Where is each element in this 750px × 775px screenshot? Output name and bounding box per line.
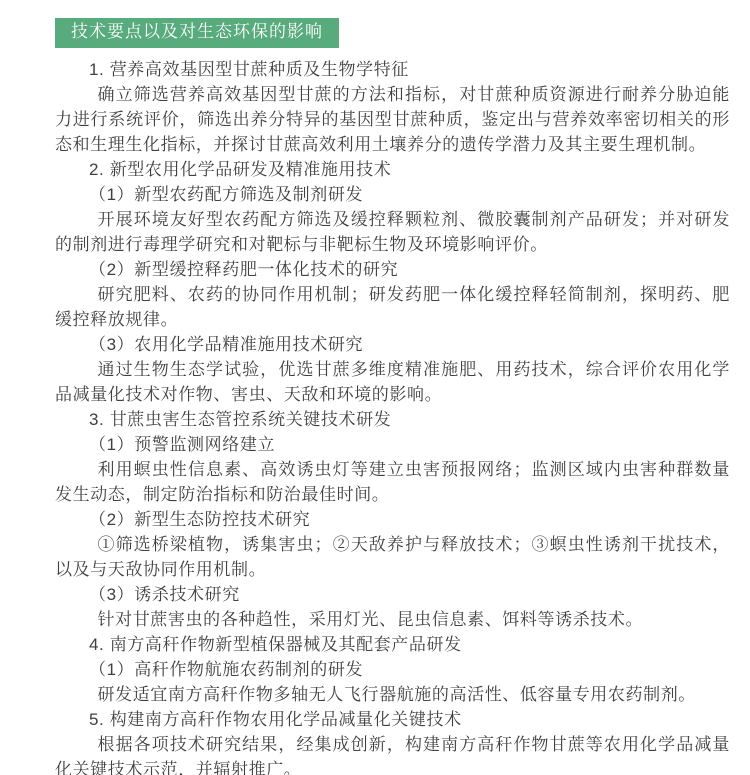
doc-paragraph: 确立筛选营养高效基因型甘蔗的方法和指标，对甘蔗种质资源进行耐养分胁迫能力进行系统… [55,82,730,157]
doc-heading: 1. 营养高效基因型甘蔗种质及生物学特征 [55,57,730,82]
doc-paragraph: 研发适宜南方高秆作物多轴无人飞行器航施的高活性、低容量专用农药制剂。 [55,682,730,707]
doc-paragraph: 研究肥料、农药的协同作用机制；研发药肥一体化缓控释轻简制剂，探明药、肥缓控释放规… [55,282,730,332]
doc-subheading: （2）新型生态防控技术研究 [55,507,730,532]
doc-subheading: （1）新型农药配方筛选及制剂研发 [55,182,730,207]
doc-subheading: （1）预警监测网络建立 [55,432,730,457]
doc-heading: 2. 新型农用化学品研发及精准施用技术 [55,157,730,182]
doc-subheading: （3）诱杀技术研究 [55,582,730,607]
doc-subheading: （3）农用化学品精准施用技术研究 [55,332,730,357]
doc-paragraph: 针对甘蔗害虫的各种趋性，采用灯光、昆虫信息素、饵料等诱杀技术。 [55,607,730,632]
doc-subheading: （1）高秆作物航施农药制剂的研发 [55,657,730,682]
doc-heading: 5. 构建南方高秆作物农用化学品减量化关键技术 [55,707,730,732]
doc-paragraph: 开展环境友好型农药配方筛选及缓控释颗粒剂、微胶囊制剂产品研发；并对研发的制剂进行… [55,207,730,257]
doc-paragraph: 通过生物生态学试验，优选甘蔗多维度精准施肥、用药技术，综合评价农用化学品减量化技… [55,357,730,407]
doc-subheading: （2）新型缓控释药肥一体化技术的研究 [55,257,730,282]
doc-paragraph: 利用螟虫性信息素、高效诱虫灯等建立虫害预报网络；监测区域内虫害种群数量发生动态，… [55,457,730,507]
document-body: 1. 营养高效基因型甘蔗种质及生物学特征确立筛选营养高效基因型甘蔗的方法和指标，… [0,48,750,775]
doc-heading: 3. 甘蔗虫害生态管控系统关键技术研发 [55,407,730,432]
section-title-label: 技术要点以及对生态环保的影响 [71,22,323,41]
doc-paragraph: ①筛选桥梁植物，诱集害虫；②天敌养护与释放技术；③螟虫性诱剂干扰技术，以及与天敌… [55,532,730,582]
doc-paragraph: 根据各项技术研究结果，经集成创新，构建南方高秆作物甘蔗等农用化学品减量化关键技术… [55,732,730,775]
doc-heading: 4. 南方高秆作物新型植保器械及其配套产品研发 [55,632,730,657]
section-title-banner: 技术要点以及对生态环保的影响 [55,18,339,48]
